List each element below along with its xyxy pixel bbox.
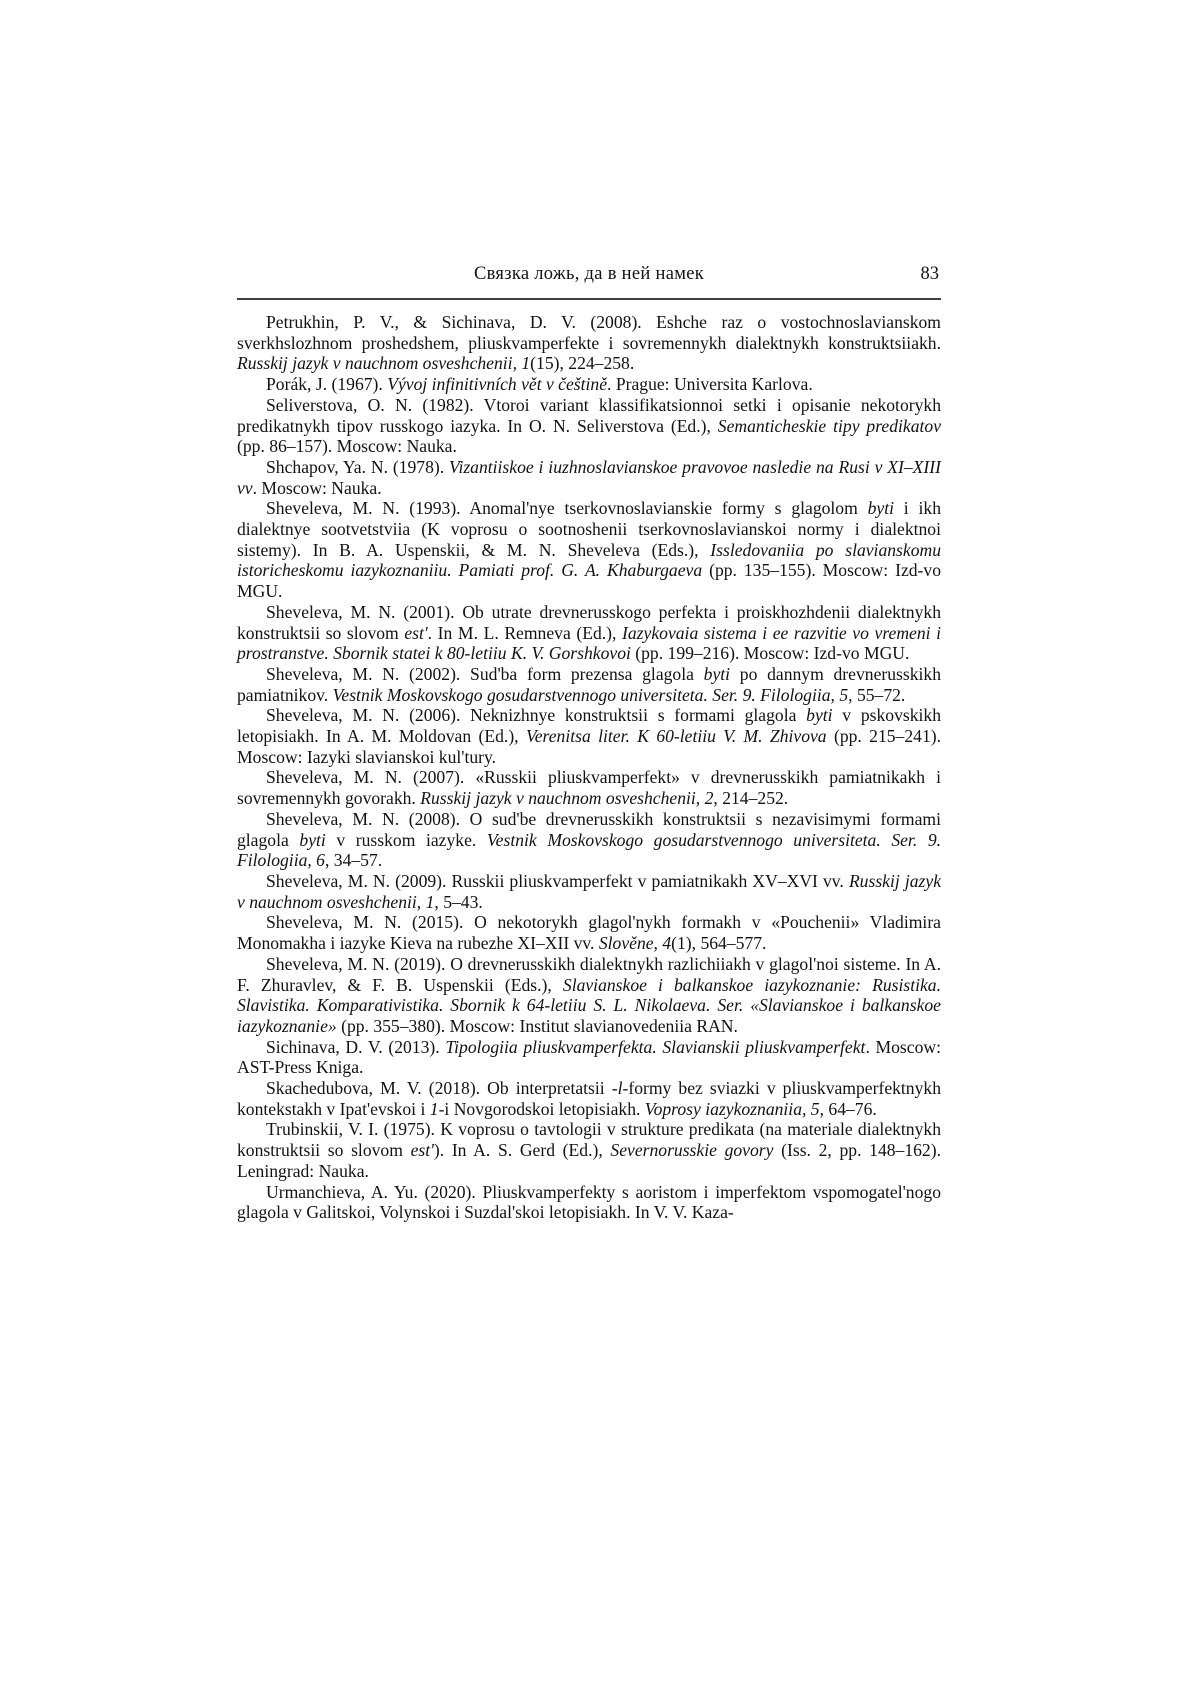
page-content: Связка ложь, да в ней намек 83 Petrukhin… xyxy=(237,262,941,1223)
reference-entry: Urmanchieva, A. Yu. (2020). Pliuskvamper… xyxy=(237,1182,941,1223)
page-number: 83 xyxy=(921,262,940,286)
reference-italic-segment: Russkij jazyk v nauchnom osveshchenii, 2 xyxy=(420,788,713,808)
reference-text-segment: Sheveleva, M. N. (2006). Neknizhnye kons… xyxy=(266,705,806,725)
reference-italic-segment: byti xyxy=(806,705,832,725)
reference-italic-segment: byti xyxy=(868,498,894,518)
reference-italic-segment: byti xyxy=(299,830,325,850)
reference-entry: Sheveleva, M. N. (1993). Anomal'nye tser… xyxy=(237,498,941,602)
reference-entry: Sheveleva, M. N. (2019). O drevnerusskik… xyxy=(237,954,941,1037)
reference-text-segment: (1), 564–577. xyxy=(671,933,766,953)
reference-text-segment: , 34–57. xyxy=(325,850,382,870)
reference-entry: Petrukhin, P. V., & Sichinava, D. V. (20… xyxy=(237,312,941,374)
reference-entry: Sheveleva, M. N. (2015). O nekotorykh gl… xyxy=(237,912,941,953)
reference-text-segment: Sheveleva, M. N. (1993). Anomal'nye tser… xyxy=(266,498,868,518)
reference-text-segment: (15), 224–258. xyxy=(530,353,634,373)
running-head: Связка ложь, да в ней намек xyxy=(237,262,941,286)
reference-text-segment: (pp. 199–216). Moscow: Izd-vo MGU. xyxy=(631,643,910,663)
reference-entry: Sheveleva, M. N. (2001). Ob utrate drevn… xyxy=(237,602,941,664)
reference-text-segment: , 5–43. xyxy=(434,892,482,912)
reference-text-segment: ). In A. S. Gerd (Ed.), xyxy=(434,1140,611,1160)
reference-italic-segment: Verenitsa liter. K 60-letiiu V. M. Zhivo… xyxy=(526,726,827,746)
reference-italic-segment: Vestnik Moskovskogo gosudarstvennogo uni… xyxy=(333,685,849,705)
reference-italic-segment: est' xyxy=(411,1140,434,1160)
reference-italic-segment: byti xyxy=(704,664,730,684)
reference-italic-segment: Vývoj infinitivních vět v češtině xyxy=(387,374,607,394)
reference-text-segment: -i Novgorodskoi letopisiakh. xyxy=(439,1099,645,1119)
reference-entry: Porák, J. (1967). Vývoj infinitivních vě… xyxy=(237,374,941,395)
reference-text-segment: . Prague: Universita Karlova. xyxy=(607,374,813,394)
references-list: Petrukhin, P. V., & Sichinava, D. V. (20… xyxy=(237,312,941,1223)
reference-text-segment: Urmanchieva, A. Yu. (2020). Pliuskvamper… xyxy=(237,1182,941,1223)
reference-text-segment: Sheveleva, M. N. (2009). Russkii pliuskv… xyxy=(266,871,849,891)
reference-entry: Sheveleva, M. N. (2006). Neknizhnye kons… xyxy=(237,705,941,767)
reference-text-segment: . Moscow: Nauka. xyxy=(253,478,382,498)
reference-text-segment: , 214–252. xyxy=(713,788,788,808)
reference-text-segment: (pp. 355–380). Moscow: Institut slaviano… xyxy=(337,1016,738,1036)
reference-italic-segment: Tipologiia pliuskvamperfekta. Slavianski… xyxy=(445,1037,865,1057)
reference-text-segment: Sichinava, D. V. (2013). xyxy=(266,1037,445,1057)
reference-entry: Shchapov, Ya. N. (1978). Vizantiiskoe i … xyxy=(237,457,941,498)
reference-italic-segment: Severnorusskie govory xyxy=(610,1140,773,1160)
reference-text-segment: Sheveleva, M. N. (2002). Sud'ba form pre… xyxy=(266,664,704,684)
header-rule xyxy=(237,298,941,300)
reference-text-segment: . In M. L. Remneva (Ed.), xyxy=(428,623,622,643)
reference-text-segment: Shchapov, Ya. N. (1978). xyxy=(266,457,449,477)
reference-italic-segment: 1 xyxy=(430,1099,439,1119)
reference-italic-segment: est' xyxy=(404,623,427,643)
reference-entry: Skachedubova, M. V. (2018). Ob interpret… xyxy=(237,1078,941,1119)
reference-text-segment: v russkom iazyke. xyxy=(326,830,487,850)
reference-entry: Trubinskii, V. I. (1975). K voprosu o ta… xyxy=(237,1119,941,1181)
reference-italic-segment: Slověne, 4 xyxy=(599,933,671,953)
reference-entry: Seliverstova, O. N. (1982). Vtoroi varia… xyxy=(237,395,941,457)
reference-text-segment: (pp. 86–157). Moscow: Nauka. xyxy=(237,436,457,456)
reference-text-segment: , 55–72. xyxy=(848,685,905,705)
reference-entry: Sheveleva, M. N. (2009). Russkii pliuskv… xyxy=(237,871,941,912)
reference-text-segment: Skachedubova, M. V. (2018). Ob interpret… xyxy=(266,1078,618,1098)
reference-entry: Sheveleva, M. N. (2002). Sud'ba form pre… xyxy=(237,664,941,705)
reference-entry: Sheveleva, M. N. (2007). «Russkii pliusk… xyxy=(237,767,941,808)
page-header: Связка ложь, да в ней намек 83 xyxy=(237,262,941,289)
reference-text-segment: Porák, J. (1967). xyxy=(266,374,387,394)
reference-italic-segment: Semanticheskie tipy predikatov xyxy=(718,416,941,436)
reference-text-segment: , 64–76. xyxy=(820,1099,877,1119)
reference-italic-segment: Voprosy iazykoznaniia, 5 xyxy=(645,1099,820,1119)
reference-italic-segment: Russkij jazyk v nauchnom osveshchenii, 1 xyxy=(237,353,530,373)
reference-entry: Sichinava, D. V. (2013). Tipologiia pliu… xyxy=(237,1037,941,1078)
document-page: { "page": { "running_head": "Связка ложь… xyxy=(0,0,1200,1698)
reference-text-segment: Sheveleva, M. N. (2015). O nekotorykh gl… xyxy=(237,912,941,953)
reference-text-segment: Petrukhin, P. V., & Sichinava, D. V. (20… xyxy=(237,312,941,353)
reference-entry: Sheveleva, M. N. (2008). O sud'be drevne… xyxy=(237,809,941,871)
